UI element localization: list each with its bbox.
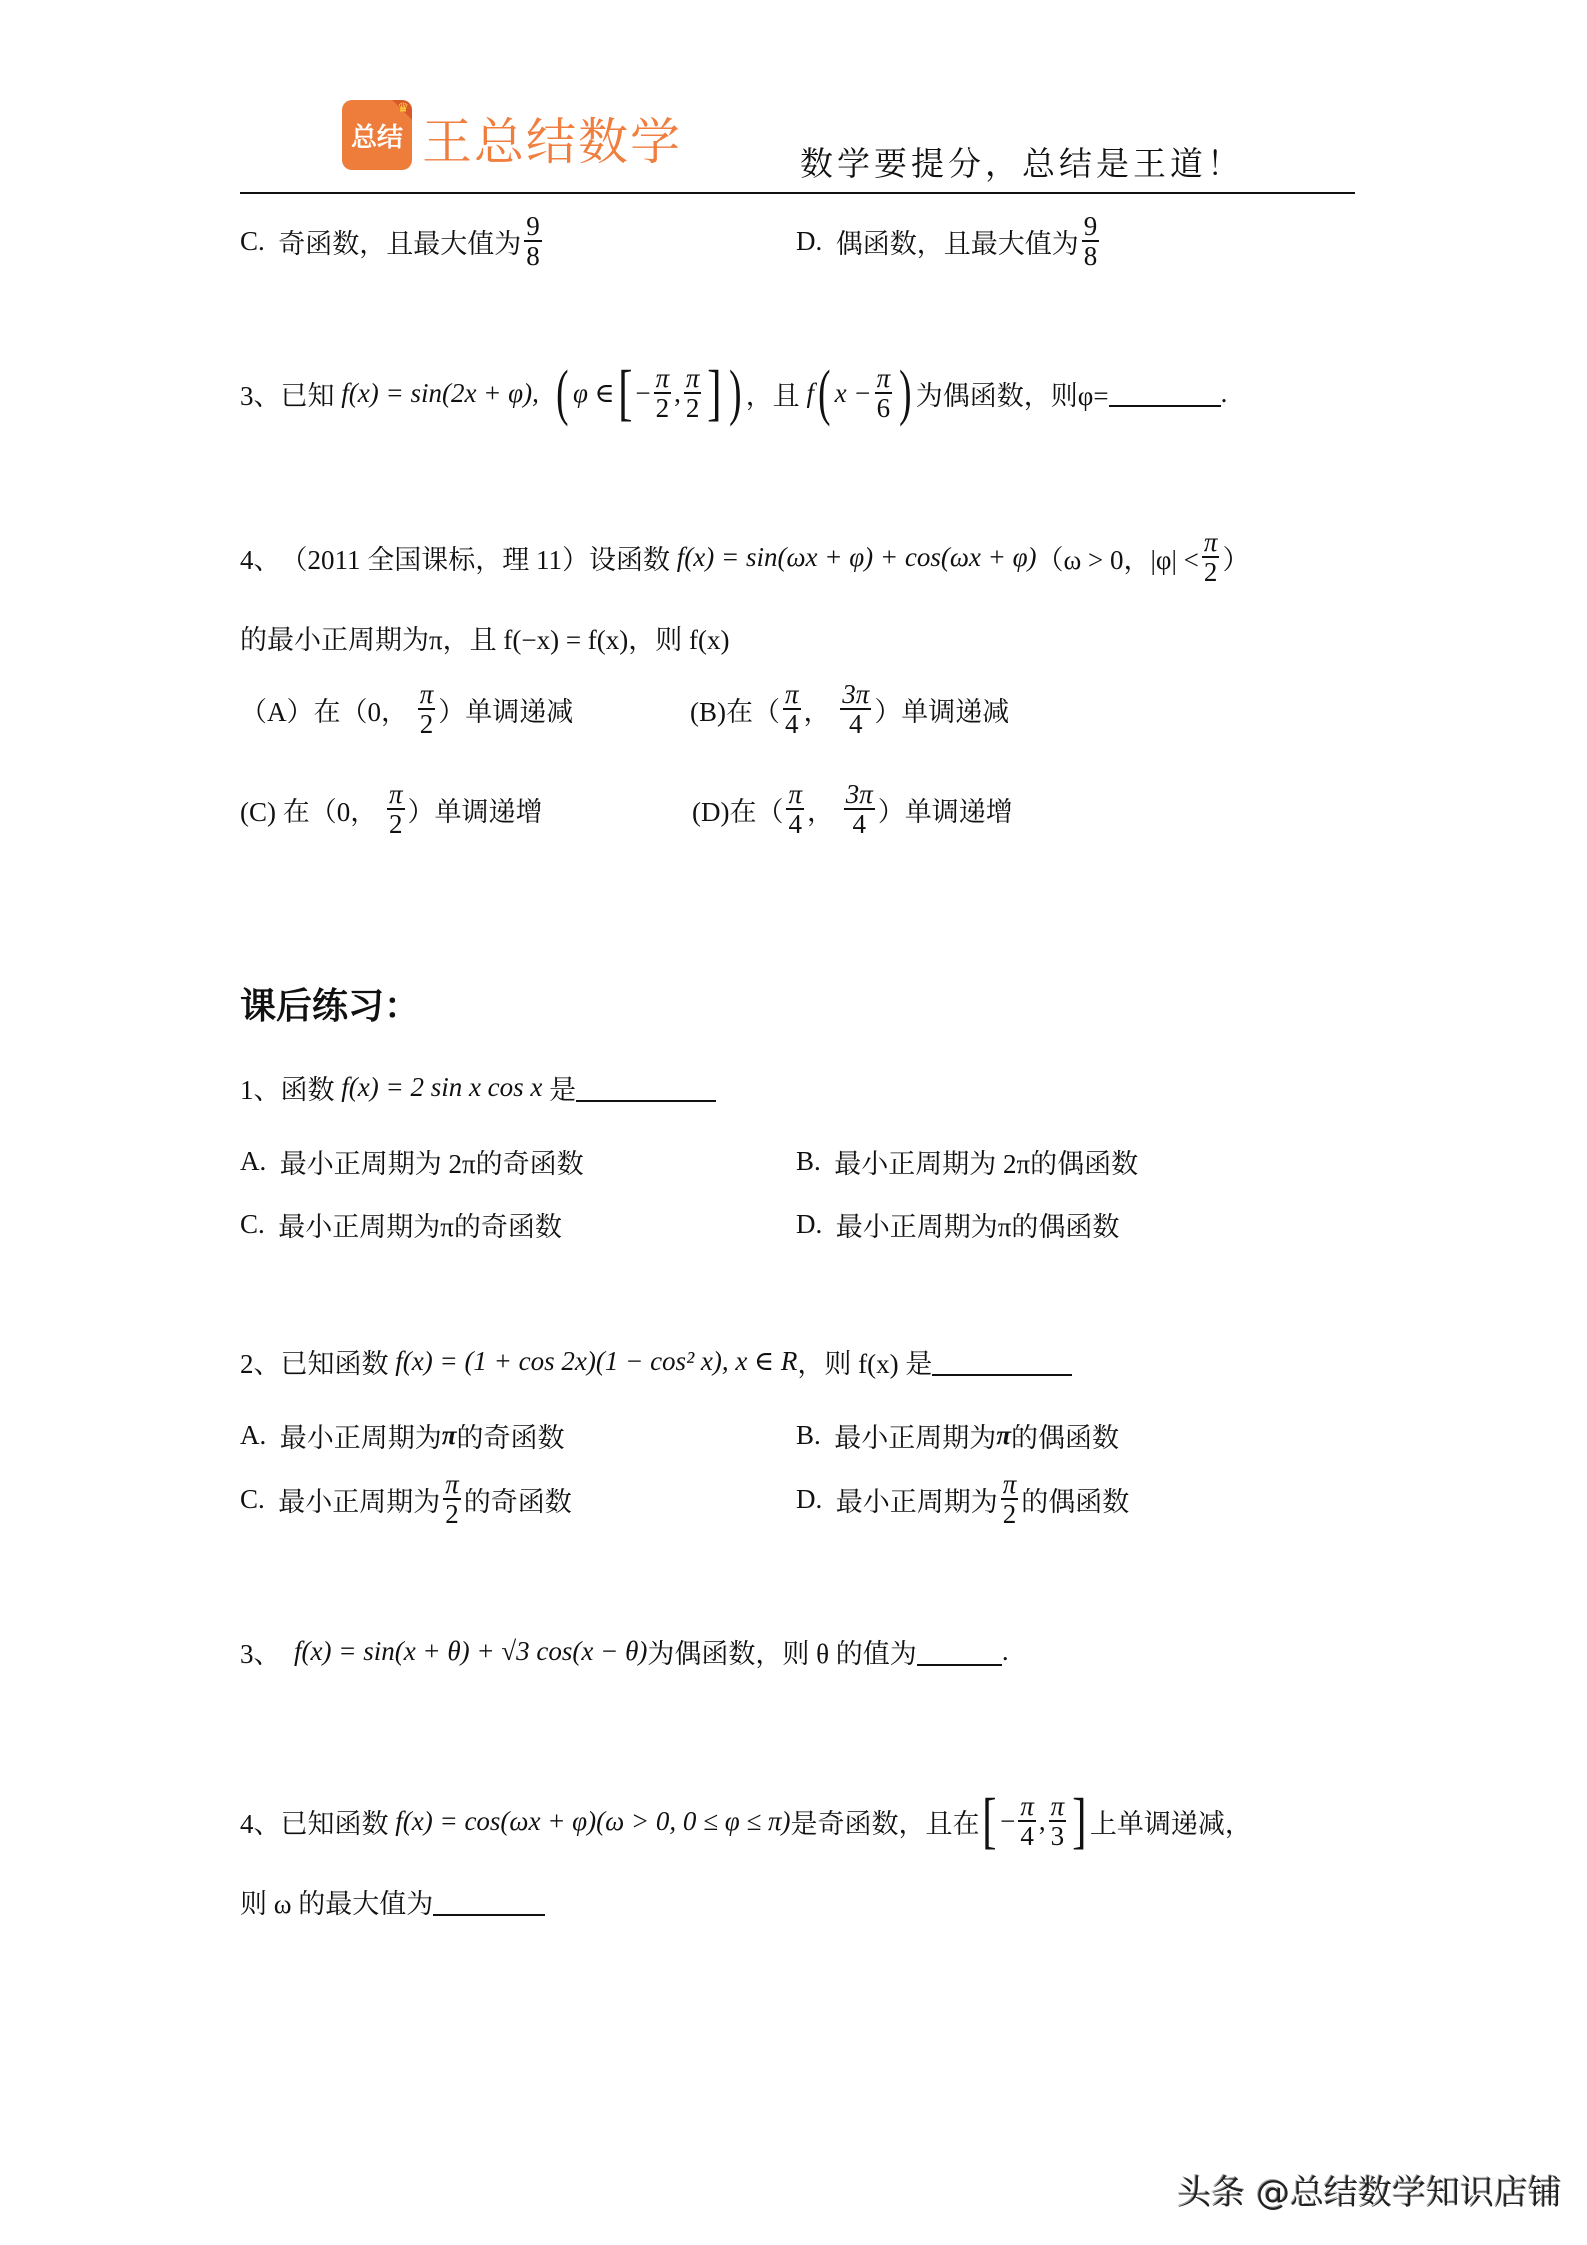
paren-open: (: [556, 362, 568, 424]
question-number: 3、: [240, 1632, 281, 1671]
option-text: ）单调递减: [438, 690, 573, 729]
function-name: f: [806, 378, 814, 409]
option-text: 的偶函数: [1011, 1416, 1119, 1455]
minus-sign: −: [1000, 1806, 1015, 1837]
option-label: D.: [796, 226, 822, 257]
ex1-option-a: A. 最小正周期为 2π的奇函数: [240, 1142, 584, 1181]
denominator: 4: [783, 710, 801, 738]
option-text: 最小正周期为 2π的偶函数: [834, 1142, 1138, 1181]
denominator: 6: [875, 394, 893, 422]
ex2-option-b: B. 最小正周期为 π 的偶函数: [796, 1416, 1119, 1455]
crown-icon: ♛: [397, 101, 409, 116]
fraction: π 6: [875, 364, 893, 423]
answer-blank[interactable]: [932, 1348, 1072, 1376]
option-label: D.: [796, 1209, 822, 1240]
exercise-3: 3、 f(x) = sin(x + θ) + √3 cos(x − θ) 为偶函…: [240, 1632, 1009, 1671]
formula: f(x) = (1 + cos 2x)(1 − cos² x), x ∈ R: [395, 1346, 797, 1377]
numerator: π: [654, 364, 672, 394]
fraction: π 2: [654, 364, 672, 423]
fraction: π 2: [1001, 1470, 1019, 1529]
q4-option-a: （A）在（0， π 2 ）单调递减: [240, 680, 573, 739]
ex1-option-d: D. 最小正周期为π的偶函数: [796, 1205, 1119, 1244]
watermark: 头条 @总结数学知识店铺: [1177, 2165, 1562, 2214]
formula: f(x) = 2 sin x cos x: [341, 1072, 542, 1103]
ex2-option-d: D. 最小正周期为 π 2 的偶函数: [796, 1470, 1129, 1529]
q4-option-d: (D)在（ π 4 ， 3π 4 ）单调递增: [692, 780, 1013, 839]
question-number: 4、: [240, 1802, 281, 1841]
numerator: 9: [524, 212, 542, 242]
text: ，且: [746, 374, 800, 413]
option-label: C.: [240, 226, 265, 257]
q4-option-c: (C) 在（0， π 2 ）单调递增: [240, 780, 543, 839]
numerator: π: [1018, 1792, 1036, 1822]
q4-option-b: (B)在（ π 4 ， 3π 4 ）单调递减: [690, 680, 1009, 739]
numerator: π: [875, 364, 893, 394]
question-number: 2、: [240, 1342, 281, 1381]
option-text: 最小正周期为: [834, 1416, 996, 1455]
fraction: 9 8: [1082, 212, 1100, 271]
denominator: 2: [684, 394, 702, 422]
formula: f(x) = cos(ωx + φ)(ω > 0, 0 ≤ φ ≤ π): [395, 1806, 790, 1837]
question-3: 3、 已知 f(x) = sin(2x + φ), ( φ ∈ [ − π 2 …: [240, 362, 1227, 424]
denominator: 2: [1202, 558, 1220, 586]
pi-symbol: π: [442, 1420, 457, 1451]
prev-option-c: C. 奇函数，且最大值为 9 8: [240, 212, 545, 271]
numerator: π: [443, 1470, 461, 1500]
option-label: A.: [240, 1420, 266, 1451]
denominator: 4: [847, 710, 865, 738]
bracket-close: ]: [1072, 1790, 1086, 1852]
option-label: D.: [796, 1484, 822, 1515]
question-number: 3、: [240, 374, 281, 413]
denominator: 2: [1001, 1500, 1019, 1528]
formula: f(x) = sin(2x + φ),: [341, 378, 539, 409]
fraction: 9 8: [524, 212, 542, 271]
bracket-open: [: [983, 1790, 997, 1852]
option-text: 最小正周期为: [280, 1416, 442, 1455]
fraction: π 4: [1018, 1792, 1036, 1851]
option-label: (B)在（: [690, 690, 780, 729]
section-title: 课后练习：: [240, 978, 420, 1029]
fraction: π 2: [443, 1470, 461, 1529]
numerator: π: [387, 780, 405, 810]
formula: f(x) = sin(x + θ) + √3 cos(x − θ): [294, 1636, 647, 1667]
text: 是: [549, 1068, 576, 1107]
numerator: π: [684, 364, 702, 394]
option-text: ）单调递增: [408, 790, 543, 829]
exercise-1: 1、 函数 f(x) = 2 sin x cos x 是: [240, 1068, 716, 1107]
denominator: 4: [787, 810, 805, 838]
numerator: π: [418, 680, 436, 710]
minus-sign: −: [635, 378, 650, 409]
bracket-close: ]: [707, 362, 721, 424]
denominator: 8: [1082, 242, 1100, 270]
option-label: (C) 在（0，: [240, 790, 377, 829]
option-text: ）单调递增: [878, 790, 1013, 829]
fraction: π 2: [387, 780, 405, 839]
slogan: 数学要提分，总结是王道！: [800, 138, 1244, 185]
question-4-line2: 的最小正周期为π，且 f(−x) = f(x)，则 f(x): [240, 618, 730, 657]
condition: （ω > 0，|φ| <: [1037, 538, 1199, 577]
separator: ，: [807, 790, 834, 829]
period: .: [1221, 378, 1228, 409]
fraction: π 2: [1202, 528, 1220, 587]
option-label: B.: [796, 1420, 821, 1451]
numerator: 9: [1082, 212, 1100, 242]
option-text: 奇函数，且最大值为: [278, 222, 521, 261]
denominator: 2: [418, 710, 436, 738]
option-text: 最小正周期为 2π的奇函数: [280, 1142, 584, 1181]
option-text: 的奇函数: [464, 1480, 572, 1519]
formula: f(x) = sin(ωx + φ) + cos(ωx + φ): [677, 542, 1037, 573]
text: 已知函数: [281, 1802, 389, 1841]
exercise-4: 4、 已知函数 f(x) = cos(ωx + φ)(ω > 0, 0 ≤ φ …: [240, 1790, 1252, 1852]
condition: φ ∈: [573, 378, 615, 409]
option-text: 的奇函数: [457, 1416, 565, 1455]
answer-blank[interactable]: [576, 1074, 716, 1102]
text: 则 ω 的最大值为: [240, 1882, 433, 1921]
header-divider: [240, 192, 1355, 194]
numerator: 3π: [840, 680, 871, 710]
fraction: 3π 4: [844, 780, 875, 839]
denominator: 2: [654, 394, 672, 422]
denominator: 8: [524, 242, 542, 270]
text: 上单调递减，: [1090, 1802, 1252, 1841]
option-text: 最小正周期为: [278, 1480, 440, 1519]
text: 为偶函数，则 θ 的值为: [647, 1632, 916, 1671]
option-label: C.: [240, 1484, 265, 1515]
ex2-option-c: C. 最小正周期为 π 2 的奇函数: [240, 1470, 572, 1529]
paren-open: (: [818, 362, 830, 424]
variable: x −: [835, 378, 872, 409]
text: 函数: [281, 1068, 335, 1107]
fraction: π 4: [783, 680, 801, 739]
text: 已知函数: [281, 1342, 389, 1381]
brand-name: 王总结数学: [422, 102, 682, 174]
numerator: π: [786, 780, 804, 810]
fraction: π 2: [418, 680, 436, 739]
answer-blank[interactable]: [1109, 379, 1221, 407]
option-label: C.: [240, 1209, 265, 1240]
option-label: A.: [240, 1146, 266, 1177]
option-label: B.: [796, 1146, 821, 1177]
question-prefix: 已知: [281, 374, 335, 413]
text: 是奇函数，且在: [790, 1802, 979, 1841]
text: 设函数: [589, 538, 670, 577]
bracket-open: [: [618, 362, 632, 424]
question-4: 4、 （2011 全国课标，理 11） 设函数 f(x) = sin(ωx + …: [240, 528, 1249, 587]
option-text: ）单调递减: [874, 690, 1009, 729]
denominator: 4: [1018, 1822, 1036, 1850]
prev-option-d: D. 偶函数，且最大值为 9 8: [796, 212, 1102, 271]
denominator: 3: [1049, 1822, 1067, 1850]
paren-close: ): [729, 362, 741, 424]
option-text: 最小正周期为π的奇函数: [278, 1205, 562, 1244]
numerator: π: [783, 680, 801, 710]
option-text: 最小正周期为: [836, 1480, 998, 1519]
text: ，则 f(x) 是: [797, 1342, 932, 1381]
denominator: 4: [851, 810, 869, 838]
pi-symbol: π: [996, 1420, 1011, 1451]
question-source: （2011 全国课标，理 11）: [281, 538, 590, 577]
brand-logo: ♛ 总结: [342, 100, 412, 170]
period: .: [1002, 1636, 1009, 1667]
exercise-2: 2、 已知函数 f(x) = (1 + cos 2x)(1 − cos² x),…: [240, 1342, 1072, 1381]
ex1-option-b: B. 最小正周期为 2π的偶函数: [796, 1142, 1138, 1181]
numerator: π: [1049, 1792, 1067, 1822]
option-label: （A）在（0，: [240, 690, 408, 729]
option-label: (D)在（: [692, 790, 783, 829]
question-number: 4、: [240, 538, 281, 577]
fraction: π 4: [786, 780, 804, 839]
fraction: π 3: [1049, 1792, 1067, 1851]
ex2-option-a: A. 最小正周期为 π 的奇函数: [240, 1416, 565, 1455]
option-text: 偶函数，且最大值为: [836, 222, 1079, 261]
question-number: 1、: [240, 1068, 281, 1107]
option-text: 最小正周期为π的偶函数: [836, 1205, 1120, 1244]
exercise-4-line2: 则 ω 的最大值为: [240, 1882, 545, 1921]
fraction: 3π 4: [840, 680, 871, 739]
separator: ，: [804, 690, 831, 729]
fraction: π 2: [684, 364, 702, 423]
option-text: 的偶函数: [1021, 1480, 1129, 1519]
ex1-option-c: C. 最小正周期为π的奇函数: [240, 1205, 562, 1244]
text: ）: [1222, 538, 1249, 577]
denominator: 2: [443, 1500, 461, 1528]
text: 为偶函数，则φ=: [916, 374, 1109, 413]
numerator: 3π: [844, 780, 875, 810]
numerator: π: [1202, 528, 1220, 558]
text: 的最小正周期为π，且 f(−x) = f(x)，则 f(x): [240, 618, 730, 657]
answer-blank[interactable]: [917, 1638, 1002, 1666]
numerator: π: [1001, 1470, 1019, 1500]
answer-blank[interactable]: [433, 1888, 545, 1916]
denominator: 2: [387, 810, 405, 838]
paren-close: ): [899, 362, 911, 424]
logo-text: 总结: [351, 117, 403, 154]
